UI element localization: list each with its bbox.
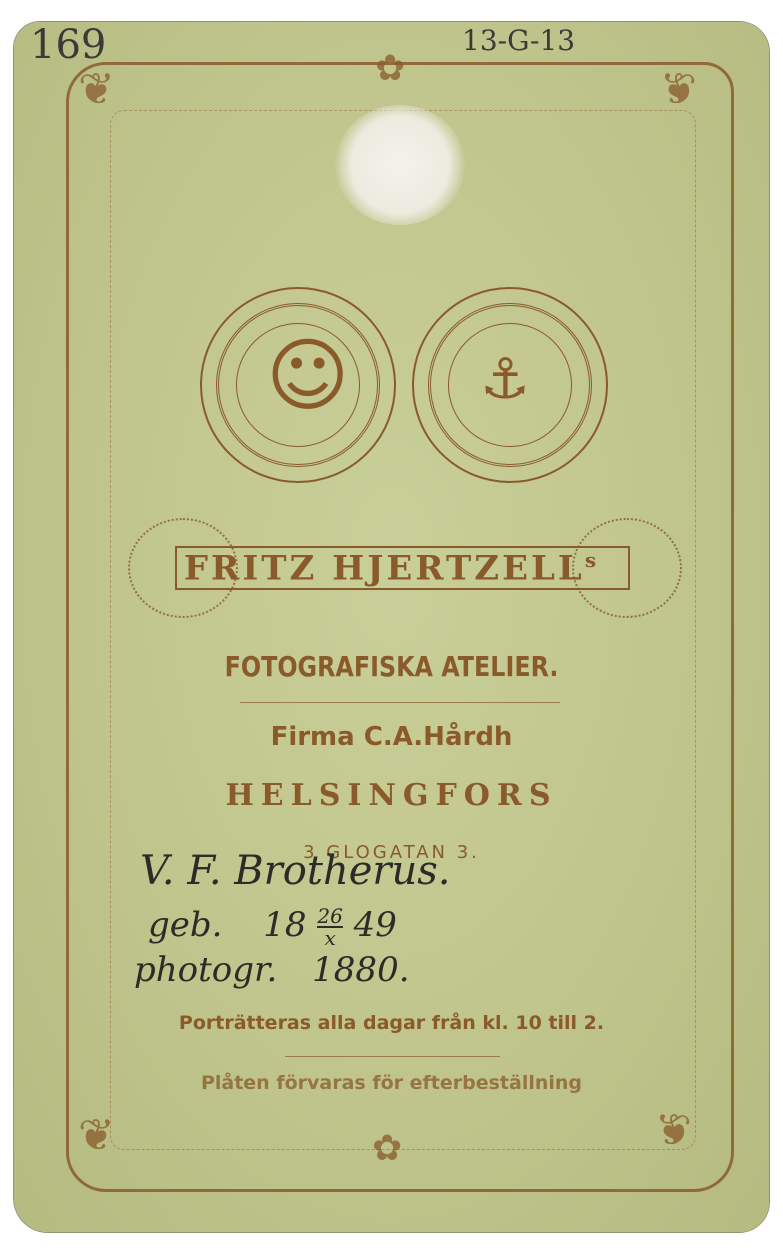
paper-stain	[335, 105, 465, 225]
birth-month: x	[317, 928, 342, 948]
photo-label: photogr.	[134, 950, 277, 990]
birth-century: 18	[263, 905, 306, 945]
studio-type: FOTOGRAFISKA ATELIER.	[59, 650, 725, 683]
birth-year: 49	[354, 905, 397, 945]
floral-ornament-icon: ✿	[372, 1128, 402, 1169]
studio-hours: Porträtteras alla dagar från kl. 10 till…	[0, 1012, 783, 1034]
handwritten-photo-date: photogr. 1880.	[134, 950, 410, 990]
studio-name: FRITZ HJERTZELLs	[0, 548, 783, 588]
medal-seal: ⚓	[412, 287, 608, 483]
seal-figure-icon: ⚓	[480, 347, 530, 412]
firm-name: Firma C.A.Hårdh	[0, 722, 783, 752]
floral-corner-icon: ❦	[78, 64, 115, 115]
birth-label: geb.	[148, 905, 222, 945]
birth-date-fraction: 26x	[317, 906, 342, 948]
studio-suffix: s	[585, 548, 599, 572]
medal-portrait: ☺	[200, 287, 396, 483]
inventory-code: 13-G-13	[462, 24, 575, 57]
plates-note: Plåten förvaras för efterbeställning	[0, 1072, 783, 1094]
birth-day: 26	[317, 906, 342, 928]
handwritten-name: V. F. Brotherus.	[140, 848, 451, 894]
handwritten-birth: geb. 18 26x 49	[148, 905, 397, 948]
floral-corner-icon: ❦	[660, 64, 697, 115]
studio-name-text: FRITZ HJERTZELL	[184, 548, 585, 588]
catalog-number: 169	[30, 22, 106, 68]
floral-ornament-icon: ✿	[375, 48, 405, 89]
photo-year: 1880.	[312, 950, 409, 990]
floral-corner-icon: ❦	[655, 1105, 692, 1156]
inner-frame	[110, 110, 696, 1150]
floral-corner-icon: ❦	[78, 1110, 115, 1161]
portrait-icon: ☺	[266, 329, 349, 422]
city-name: HELSINGFORS	[0, 778, 783, 813]
